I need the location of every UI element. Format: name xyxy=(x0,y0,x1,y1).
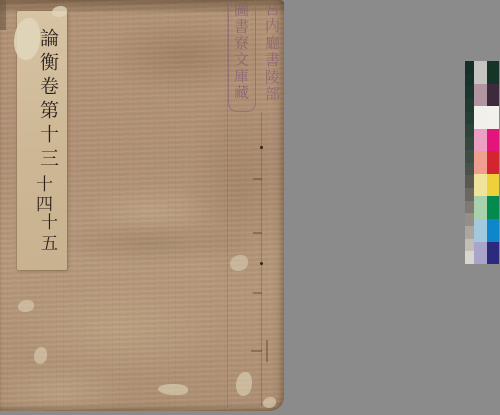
volume-note-15: 十五 xyxy=(35,213,60,255)
color-patch xyxy=(487,174,499,197)
color-patch xyxy=(465,150,474,163)
binding-stitch xyxy=(253,232,262,234)
color-patch xyxy=(474,219,487,242)
book-title: 論衡卷第十三 xyxy=(35,28,62,172)
color-patch xyxy=(474,61,487,84)
solid-column xyxy=(487,61,499,264)
color-patch xyxy=(465,213,474,226)
binding-hole xyxy=(260,146,263,149)
color-patch xyxy=(487,242,499,265)
wear-spot xyxy=(158,384,188,395)
color-patch xyxy=(487,219,499,242)
cover-edge-shadow xyxy=(0,0,6,30)
binding-stitch xyxy=(253,292,262,294)
grayscale-column xyxy=(465,61,474,264)
color-patch xyxy=(465,201,474,214)
binding-stitch xyxy=(251,350,262,352)
color-patch xyxy=(465,163,474,176)
color-patch xyxy=(487,61,499,84)
color-patch xyxy=(465,137,474,150)
book-cover: 論衡卷第十三 十四 十五 圖書寮文庫藏 宮内廳書陵部 xyxy=(0,0,284,411)
agency-stamp-text: 宮内廳書陵部 xyxy=(262,1,283,103)
color-patch xyxy=(465,61,474,74)
tint-column xyxy=(474,61,487,264)
binding-thread xyxy=(266,340,268,362)
color-patch xyxy=(474,242,487,265)
color-patch xyxy=(465,112,474,125)
color-patch xyxy=(465,74,474,87)
color-patch xyxy=(487,84,499,107)
color-patch xyxy=(465,86,474,99)
color-patch xyxy=(465,251,474,264)
color-calibration-target xyxy=(465,61,499,264)
scanned-book-photo: 論衡卷第十三 十四 十五 圖書寮文庫藏 宮内廳書陵部 xyxy=(0,0,500,415)
color-patch xyxy=(465,175,474,188)
color-patch xyxy=(465,239,474,252)
color-patch xyxy=(474,129,487,152)
volume-note-14: 十四 xyxy=(30,175,55,215)
color-patch xyxy=(487,129,499,152)
binding-line xyxy=(261,112,262,406)
library-stamp-text: 圖書寮文庫藏 xyxy=(231,2,252,101)
color-patch xyxy=(474,196,487,219)
color-patch xyxy=(465,124,474,137)
color-patch xyxy=(474,84,487,107)
cover-crease-line xyxy=(227,0,228,408)
color-patch xyxy=(487,106,499,129)
color-patch xyxy=(474,151,487,174)
color-patch xyxy=(474,174,487,197)
binding-stitch xyxy=(253,178,262,180)
color-patch xyxy=(474,106,487,129)
color-patch xyxy=(465,226,474,239)
color-patch xyxy=(487,196,499,219)
color-patch xyxy=(487,151,499,174)
binding-hole xyxy=(260,262,263,265)
color-patch xyxy=(465,188,474,201)
color-patch xyxy=(465,99,474,112)
